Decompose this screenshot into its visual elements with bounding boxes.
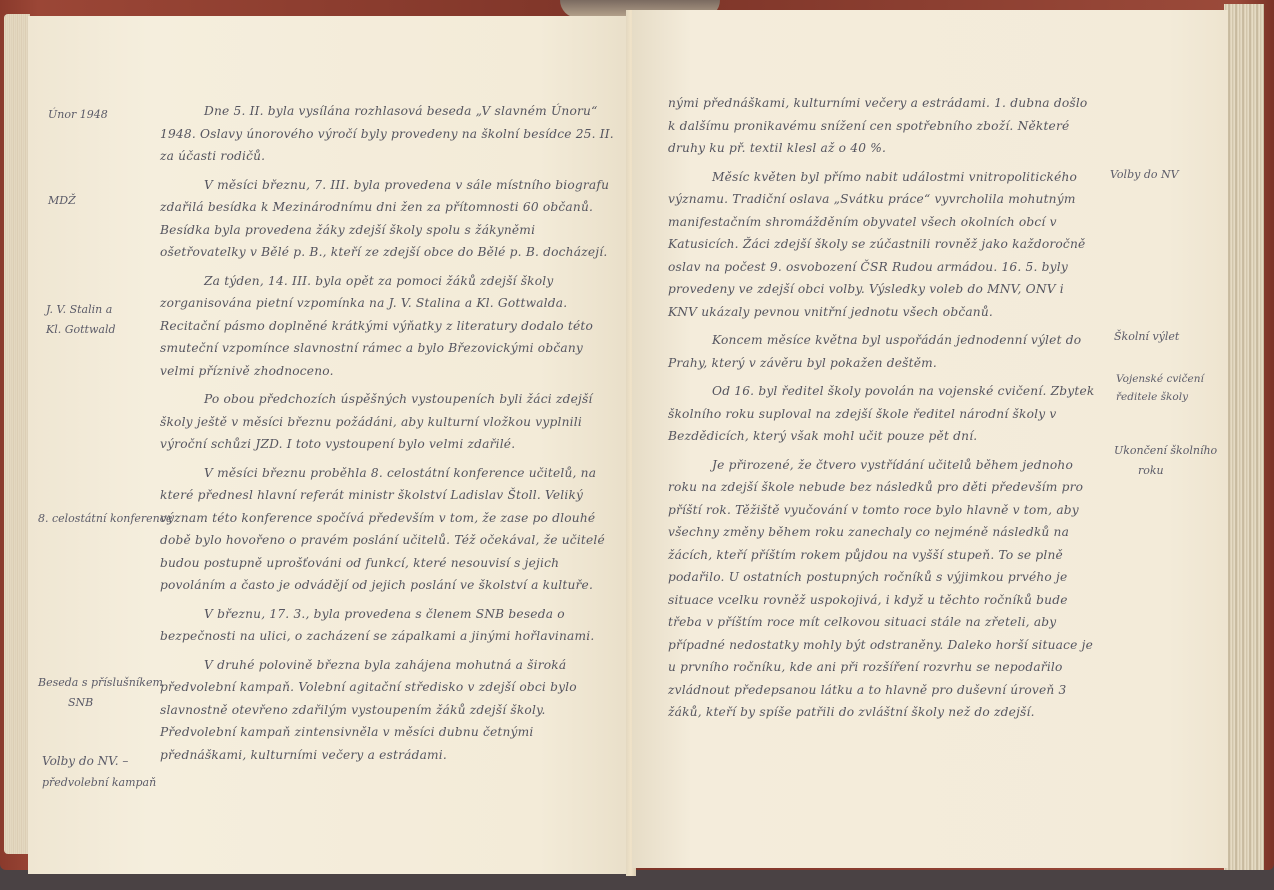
paragraph: Je přirozené, že čtvero vystřídání učite… — [668, 454, 1096, 724]
paragraph: V měsíci březnu, 7. III. byla provedena … — [160, 174, 620, 264]
margin-note-skolni-vylet: Školní výlet — [1114, 326, 1179, 348]
paragraph: Od 16. byl ředitel školy povolán na voje… — [668, 380, 1096, 448]
left-page-text: Dne 5. II. byla vysílána rozhlasová bese… — [160, 100, 620, 772]
right-page-text: nými přednáškami, kulturními večery a es… — [668, 92, 1096, 730]
paragraph: V měsíci březnu proběhla 8. celostátní k… — [160, 462, 620, 597]
page-stack-left — [4, 14, 30, 854]
margin-note-volby: Volby do NV. – — [42, 750, 128, 772]
margin-note-stalin: J. V. Stalin a — [46, 299, 112, 321]
paragraph: Koncem měsíce května byl uspořádán jedno… — [668, 329, 1096, 374]
margin-note-ukonceni: Ukončení školního — [1114, 440, 1217, 462]
paragraph: Měsíc květen byl přímo nabit událostmi v… — [668, 166, 1096, 324]
margin-note-kampan: předvolební kampaň — [42, 772, 156, 794]
paragraph: Dne 5. II. byla vysílána rozhlasová bese… — [160, 100, 620, 168]
paragraph: V březnu, 17. 3., byla provedena s člene… — [160, 603, 620, 648]
margin-note-roku: roku — [1138, 460, 1164, 482]
margin-note-snb: SNB — [68, 692, 93, 714]
margin-note-konference: 8. celostátní konference — [38, 508, 172, 530]
margin-note-beseda: Beseda s příslušníkem — [38, 672, 163, 694]
margin-note-gottwald: Kl. Gottwald — [46, 319, 116, 341]
margin-note-volby-nv: Volby do NV — [1110, 164, 1179, 186]
margin-note-unor: Únor 1948 — [48, 104, 108, 126]
margin-note-reditele-skoly: ředitele školy — [1116, 386, 1188, 408]
page-stack-right — [1224, 4, 1264, 870]
left-page: Únor 1948 MDŽ J. V. Stalin a Kl. Gottwal… — [28, 16, 630, 874]
paragraph: V druhé polovině března byla zahájena mo… — [160, 654, 620, 767]
paragraph: Po obou předchozích úspěšných vystoupení… — [160, 388, 620, 456]
margin-note-mdz: MDŽ — [48, 190, 76, 212]
right-page: nými přednáškami, kulturními večery a es… — [632, 10, 1228, 868]
paragraph: Za týden, 14. III. byla opět za pomoci ž… — [160, 270, 620, 383]
paragraph: nými přednáškami, kulturními večery a es… — [668, 92, 1096, 160]
